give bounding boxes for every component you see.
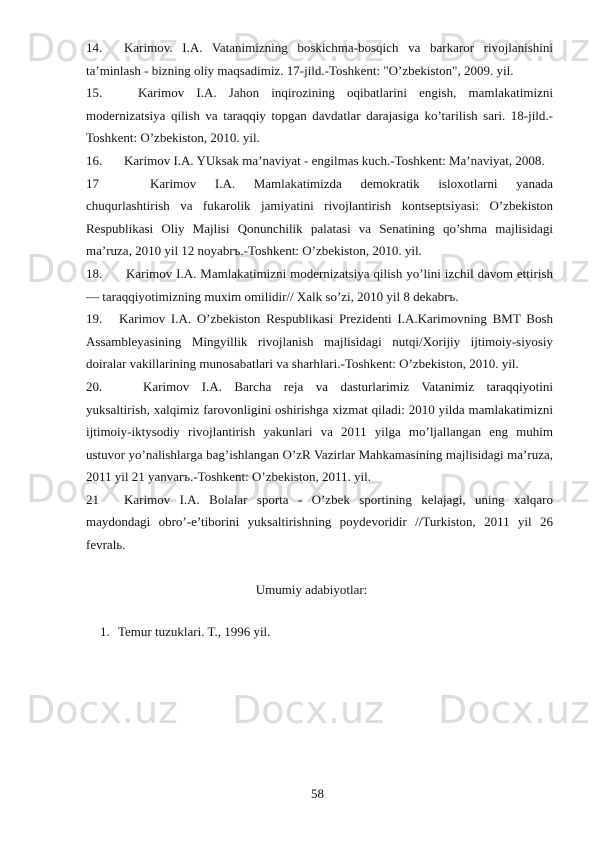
reference-text: Karimov I.A. O’zbekiston Respublikasi Pr… <box>86 311 553 371</box>
reference-number: 19. <box>86 308 119 331</box>
watermark: Docx.uz <box>26 688 178 732</box>
watermark: Docx.uz <box>438 688 590 732</box>
reference-item: 17Karimov I.A. Mamlakatimizda demokratik… <box>86 173 553 263</box>
reference-number: 18. <box>86 263 126 286</box>
reference-item: 14.Karimov. I.A. Vatanimizning boskichma… <box>86 37 553 82</box>
reference-item: 18.Karimov I.A. Mamlakatimizni moderniza… <box>86 263 553 308</box>
section-title: Umumiy adabiyotlar: <box>86 579 553 602</box>
reference-text: Karimov I.A. YUksak ma’naviyat - engilma… <box>124 153 545 168</box>
page-number: 58 <box>0 786 595 802</box>
reference-text: Karimov I.A. Bolalar sporta - O’zbek spo… <box>86 492 553 552</box>
reference-item: 19.Karimov I.A. O’zbekiston Respublikasi… <box>86 308 553 376</box>
list-item: 1.Temur tuzuklari. T., 1996 yil. <box>86 621 553 644</box>
list-item-number: 1. <box>100 621 118 644</box>
reference-number: 14. <box>86 37 124 60</box>
general-literature-list: 1.Temur tuzuklari. T., 1996 yil. <box>86 621 553 644</box>
reference-text: Karimov I.A. Mamlakatimizni modernizatsi… <box>86 266 553 304</box>
reference-item: 16.Karimov I.A. YUksak ma’naviyat - engi… <box>86 150 553 173</box>
reference-text: Karimov I.A. Barcha reja va dasturlarimi… <box>86 379 553 484</box>
reference-number: 16. <box>86 150 124 173</box>
reference-number: 21 <box>86 489 124 512</box>
document-page: Docx.uz Docx.uz Docx.uz Docx.uz Docx.uz … <box>0 0 595 842</box>
reference-number: 15. <box>86 82 138 105</box>
reference-item: 21Karimov I.A. Bolalar sporta - O’zbek s… <box>86 489 553 557</box>
reference-number: 17 <box>86 173 150 196</box>
reference-number: 20. <box>86 376 143 399</box>
watermark: Docx.uz <box>232 688 384 732</box>
reference-item: 15.Karimov I.A. Jahon inqirozining oqiba… <box>86 82 553 150</box>
reference-text: Karimov I.A. Jahon inqirozining oqibatla… <box>86 85 553 145</box>
document-body: 14.Karimov. I.A. Vatanimizning boskichma… <box>86 37 553 644</box>
reference-text: Karimov I.A. Mamlakatimizda demokratik i… <box>86 176 553 259</box>
reference-text: Karimov. I.A. Vatanimizning boskichma-bo… <box>86 40 553 78</box>
list-item-text: Temur tuzuklari. T., 1996 yil. <box>118 624 270 639</box>
reference-item: 20.Karimov I.A. Barcha reja va dasturlar… <box>86 376 553 489</box>
